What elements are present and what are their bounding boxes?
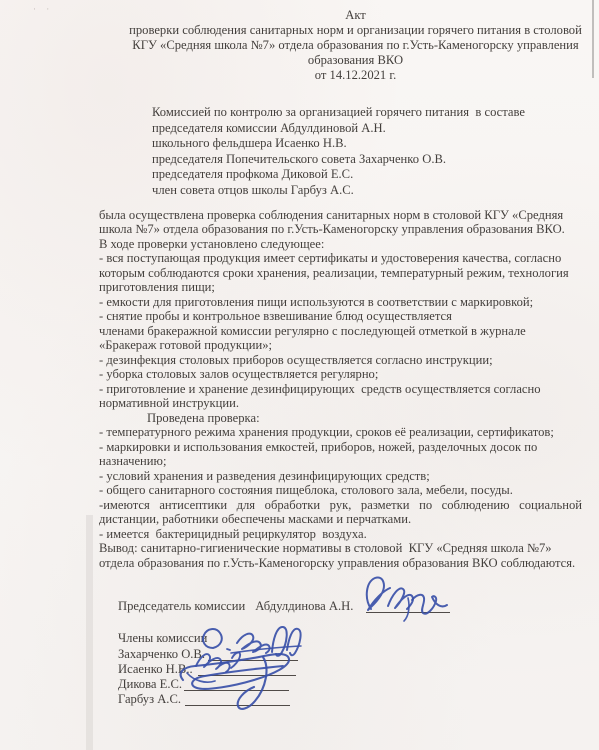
body-line: - дезинфекция столовых приборов осуществ… xyxy=(99,353,582,368)
member-name: Исаенко Н.В.. xyxy=(118,662,193,677)
member-signature-line xyxy=(198,664,296,676)
body-line: - уборка столовых залов осуществляется р… xyxy=(99,367,582,382)
member-name: Дикова Е.С. xyxy=(118,677,182,692)
body-line: - емкости для приготовления пищи использ… xyxy=(99,295,582,310)
body-line: Вывод: санитарно-гигиенические нормативы… xyxy=(99,541,582,556)
member-signature-row: Гарбуз А.С. xyxy=(118,691,582,706)
body-line: В ходе проверки установлено следующее: xyxy=(99,237,582,252)
body-line: дистанции, работники обеспечены масками … xyxy=(99,512,582,527)
signatures-section: Председатель комиссии Абдулдинова А.Н. Ч… xyxy=(118,598,582,706)
body-line: «Бракераж готовой продукции»; xyxy=(99,338,582,353)
document-title-block: Актпроверки соблюдения санитарных норм и… xyxy=(129,8,582,83)
title-line: Акт xyxy=(129,8,582,23)
body-line: назначению; xyxy=(99,454,582,469)
member-signature-row: Дикова Е.С. xyxy=(118,676,582,691)
member-signature-line xyxy=(184,679,289,691)
member-signature-row: Исаенко Н.В.. xyxy=(118,661,582,676)
body-line: нормативной инструкции. xyxy=(99,396,582,411)
member-name: Захарченко О.В. xyxy=(118,647,205,662)
document-body: Актпроверки соблюдения санитарных норм и… xyxy=(99,8,582,706)
commission-line: член совета отцов школы Гарбуз А.С. xyxy=(152,183,582,199)
body-line: которым соблюдаются сроки хранения, реал… xyxy=(99,266,582,281)
commission-line: председателя профкома Диковой Е.С. xyxy=(152,167,582,183)
chairman-signature-row: Председатель комиссии Абдулдинова А.Н. xyxy=(118,598,582,613)
body-line: - снятие пробы и контрольное взвешивание… xyxy=(99,309,582,324)
member-signature-row: Захарченко О.В. xyxy=(118,646,582,661)
body-line: - приготовление и хранение дезинфицирующ… xyxy=(99,382,582,397)
chairman-name: Абдулдинова А.Н. xyxy=(255,599,353,614)
scan-shadow-band xyxy=(86,515,93,750)
title-line: от 14.12.2021 г. xyxy=(129,68,582,83)
scanned-document-page: · · Актпроверки соблюдения санитарных но… xyxy=(0,0,599,750)
body-line: - вся поступающая продукция имеет сертиф… xyxy=(99,251,582,266)
body-line: школа №7» отдела образования по г.Усть-К… xyxy=(99,222,582,237)
commission-line: председателя Попечительского совета Заха… xyxy=(152,152,582,168)
commission-line: школьного фельдшера Исаенко Н.В. xyxy=(152,136,582,152)
chairman-label: Председатель комиссии xyxy=(118,599,245,614)
title-line: КГУ «Средняя школа №7» отдела образовани… xyxy=(129,38,582,53)
body-line: - условий хранения и разведения дезинфиц… xyxy=(99,469,582,484)
body-line: -имеются антисептики для обработки рук, … xyxy=(99,498,582,513)
body-line: приготовления пищи; xyxy=(99,280,582,295)
member-name: Гарбуз А.С. xyxy=(118,692,181,707)
body-line: Проведена проверка: xyxy=(99,411,582,426)
chairman-signature-line xyxy=(366,600,450,613)
body-line: - общего санитарного состояния пищеблока… xyxy=(99,483,582,498)
body-line: была осуществлена проверка соблюдения са… xyxy=(99,208,582,223)
member-signature-line xyxy=(185,694,290,706)
title-line: образования ВКО xyxy=(129,53,582,68)
commission-line: председателя комиссии Абдулдиновой А.Н. xyxy=(152,121,582,137)
body-line: членами бракеражной комиссии регулярно с… xyxy=(99,324,582,339)
scan-speck-artifact: · · xyxy=(33,4,53,14)
body-line: - температурного режима хранения продукц… xyxy=(99,425,582,440)
commission-intro-block: Комиссией по контролю за организацией го… xyxy=(152,105,582,199)
commission-line: Комиссией по контролю за организацией го… xyxy=(152,105,582,121)
findings-block: была осуществлена проверка соблюдения са… xyxy=(99,208,582,571)
body-line: отдела образования по г.Усть-Каменогорск… xyxy=(99,556,582,571)
scan-edge-artifact xyxy=(592,0,594,78)
body-line: - имеется бактерицидный рециркулятор воз… xyxy=(99,527,582,542)
member-signature-line xyxy=(208,649,298,661)
body-line: - маркировки и использования емкостей, п… xyxy=(99,440,582,455)
members-header: Члены комиссии xyxy=(118,631,582,646)
title-line: проверки соблюдения санитарных норм и ор… xyxy=(129,23,582,38)
members-signature-rows: Захарченко О.В. Исаенко Н.В.. Дикова Е.С… xyxy=(118,646,582,706)
